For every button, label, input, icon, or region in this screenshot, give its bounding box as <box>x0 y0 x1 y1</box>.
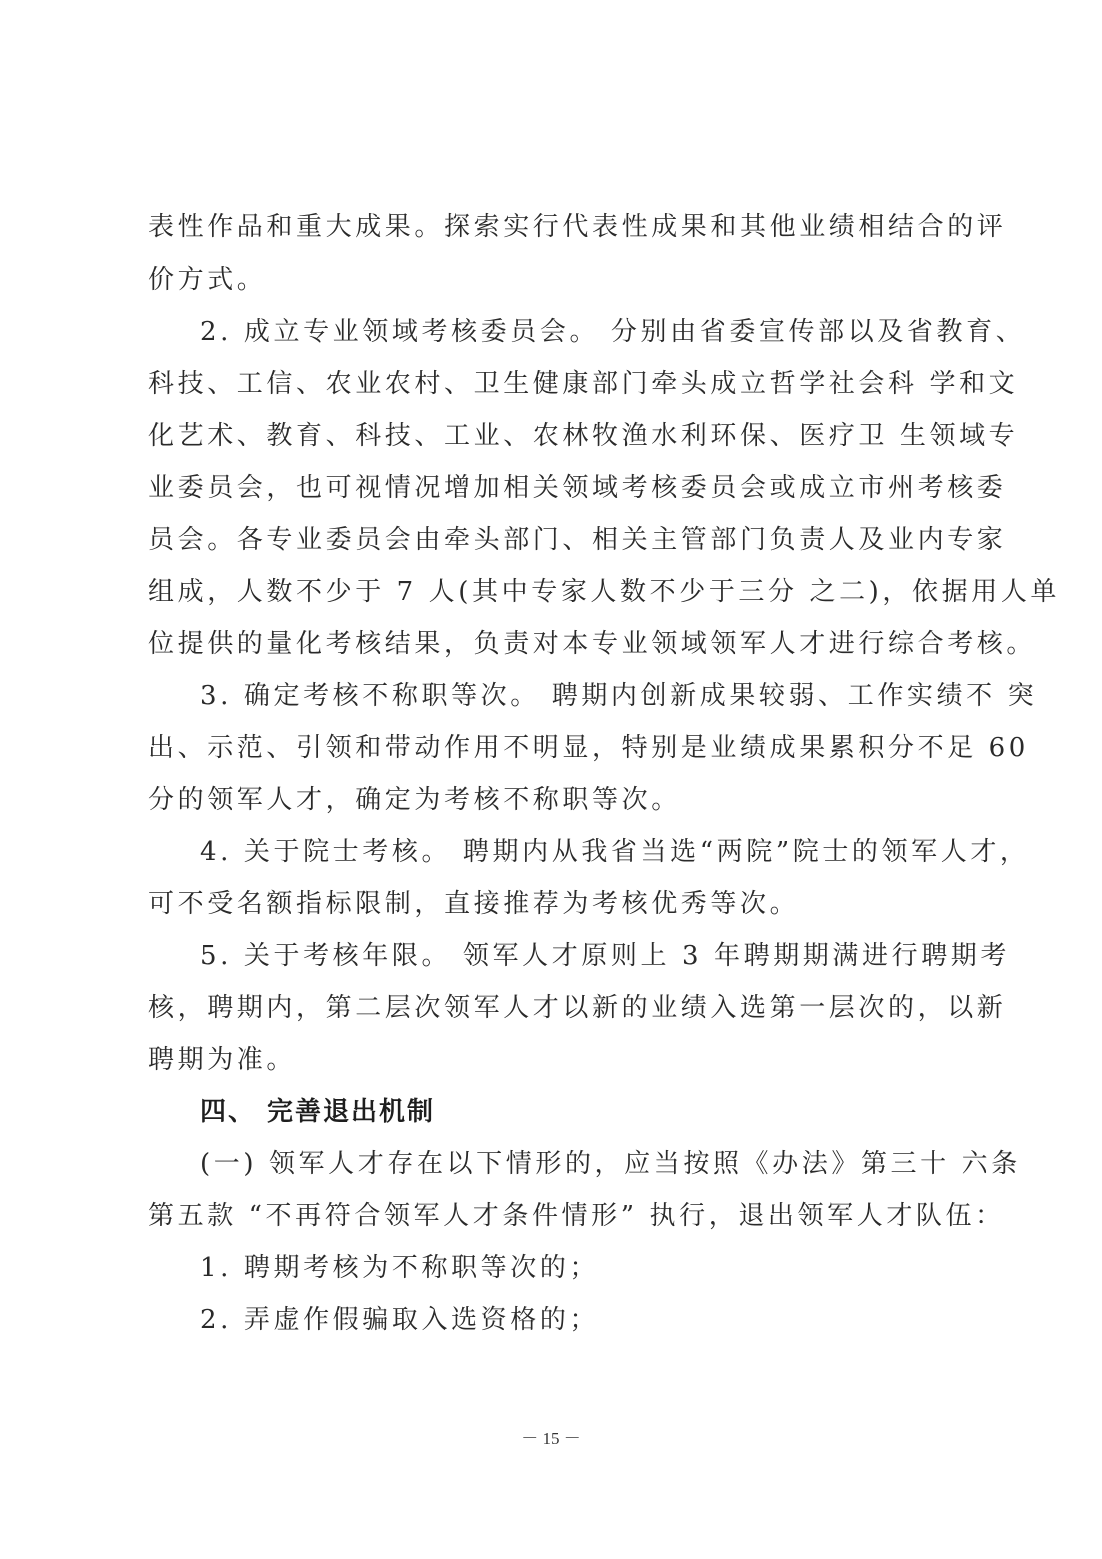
text-line: 聘期为准。 <box>148 1044 296 1076</box>
text-line: 员会。各专业委员会由牵头部门、相关主管部门负责人及业内专家 <box>148 524 1006 556</box>
text-line-subsection-1: (一) 领军人才存在以下情形的，应当按照《办法》第三十 六条 <box>200 1148 1021 1180</box>
text-line: 第五款 “不再符合领军人才条件情形” 执行，退出领军人才队伍： <box>148 1200 1005 1232</box>
document-page: 表性作品和重大成果。探索实行代表性成果和其他业绩相结合的评 价方式。 2. 成立… <box>0 0 1102 1559</box>
text-line: 可不受名额指标限制，直接推荐为考核优秀等次。 <box>148 888 799 920</box>
page-number: － 15 － <box>0 1424 1102 1449</box>
text-line: 分的领军人才，确定为考核不称职等次。 <box>148 784 681 816</box>
text-line: 组成，人数不少于 7 人(其中专家人数不少于三分 之二)，依据用人单 <box>148 576 1060 608</box>
text-line-item-2: 2. 成立专业领域考核委员会。 分别由省委宣传部以及省教育、 <box>200 316 1025 348</box>
text-line: 出、示范、引领和带动作用不明显，特别是业绩成果累积分不足 60 <box>148 732 1029 764</box>
text-line: 化艺术、教育、科技、工业、农林牧渔水利环保、医疗卫 生领域专 <box>148 420 1018 452</box>
text-line-item-4: 4. 关于院士考核。 聘期内从我省当选“两院”院士的领军人才， <box>200 836 1030 868</box>
text-line: 价方式。 <box>148 264 266 296</box>
text-line-item-3: 3. 确定考核不称职等次。 聘期内创新成果较弱、工作实绩不 突 <box>200 680 1037 712</box>
section-heading: 四、 完善退出机制 <box>200 1096 435 1128</box>
list-item-2: 2. 弄虚作假骗取入选资格的； <box>200 1304 599 1336</box>
text-line: 业委员会，也可视情况增加相关领域考核委员会或成立市州考核委 <box>148 472 1006 504</box>
list-item-1: 1. 聘期考核为不称职等次的； <box>200 1252 599 1284</box>
text-line: 位提供的量化考核结果，负责对本专业领域领军人才进行综合考核。 <box>148 628 1036 660</box>
text-line-item-5: 5. 关于考核年限。 领军人才原则上 3 年聘期期满进行聘期考 <box>200 940 1010 972</box>
text-line: 核，聘期内，第二层次领军人才以新的业绩入选第一层次的，以新 <box>148 992 1006 1024</box>
text-line: 科技、工信、农业农村、卫生健康部门牵头成立哲学社会科 学和文 <box>148 368 1018 400</box>
text-line: 表性作品和重大成果。探索实行代表性成果和其他业绩相结合的评 <box>148 211 1006 243</box>
